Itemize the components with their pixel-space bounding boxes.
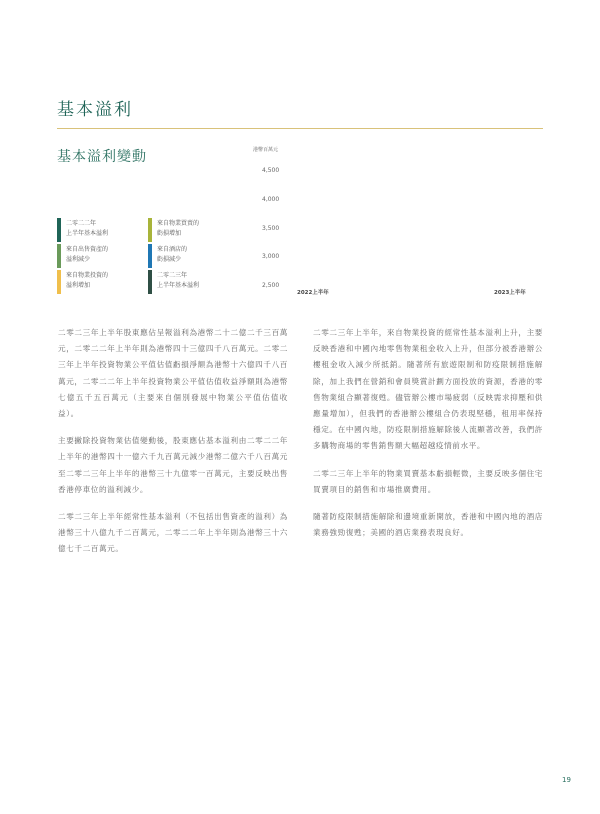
page-number: 19 [562,776,571,784]
x-label: 2023上半年 [494,288,526,296]
title-divider [57,128,543,129]
y-tick: 3,500 [262,225,279,232]
legend-label: 二零二三年 [157,271,237,281]
legend-label: 上半年基本溢利 [157,281,237,291]
legend-item: 二零二三年上半年基本溢利 [148,270,233,294]
legend-swatch [148,270,152,294]
legend-label: 來自物業買賣的 [157,219,237,229]
legend-item: 來自物業投資的溢利增加 [57,270,142,294]
legend-swatch [57,244,61,268]
legend-item: 二零二二年上半年基本溢利 [57,218,142,242]
page-title: 基本溢利 [57,95,133,120]
paragraph: 主要撇除投資物業估值變動後，股東應佔基本溢利由二零二二年上半年的港幣四十一億六千… [58,433,288,498]
legend-item: 來自物業買賣的虧損增加 [148,218,233,242]
legend-swatch [148,244,152,268]
paragraph: 二零二三年上半年，來自物業投資的經常性基本溢利上升，主要反映香港和中國內地零售物… [313,325,543,455]
legend-label: 上半年基本溢利 [66,229,146,239]
legend-label: 虧損減少 [157,255,237,265]
legend-label: 二零二二年 [66,219,146,229]
section-title: 基本溢利變動 [57,146,147,166]
body-right-column: 二零二三年上半年，來自物業投資的經常性基本溢利上升，主要反映香港和中國內地零售物… [313,325,543,552]
paragraph: 二零二三年上半年股東應佔呈報溢利為港幣二十二億二千三百萬元，二零二二年上半年則為… [58,325,288,422]
legend-swatch [148,218,152,242]
y-tick: 3,000 [262,253,279,260]
legend-label: 虧損增加 [157,229,237,239]
body-left-column: 二零二三年上半年股東應佔呈報溢利為港幣二十二億二千三百萬元，二零二二年上半年則為… [58,325,288,569]
x-label: 2022上半年 [297,288,329,296]
legend-label: 來自物業投資的 [66,271,146,281]
legend-label: 溢利減少 [66,255,146,265]
legend-swatch [57,218,61,242]
legend-label: 溢利增加 [66,281,146,291]
y-tick: 4,000 [262,196,279,203]
y-tick: 2,500 [262,282,279,289]
legend-item: 來自酒店的虧損減少 [148,244,233,268]
legend-label: 來自酒店的 [157,245,237,255]
legend-item: 來自出售資產的溢利減少 [57,244,142,268]
paragraph: 二零二三年上半年的物業買賣基本虧損輕微，主要反映多個住宅買賣項目的銷售和市場推廣… [313,466,543,498]
legend-swatch [57,270,61,294]
paragraph: 二零二三年上半年經常性基本溢利（不包括出售資產的溢利）為港幣三十八億九千二百萬元… [58,509,288,558]
y-axis-unit: 港幣百萬元 [253,146,278,153]
paragraph: 隨著防疫限制措施解除和邊境重新開放，香港和中國內地的酒店業務強勁復甦；美國的酒店… [313,509,543,541]
y-tick: 4,500 [262,167,279,174]
legend-label: 來自出售資產的 [66,245,146,255]
